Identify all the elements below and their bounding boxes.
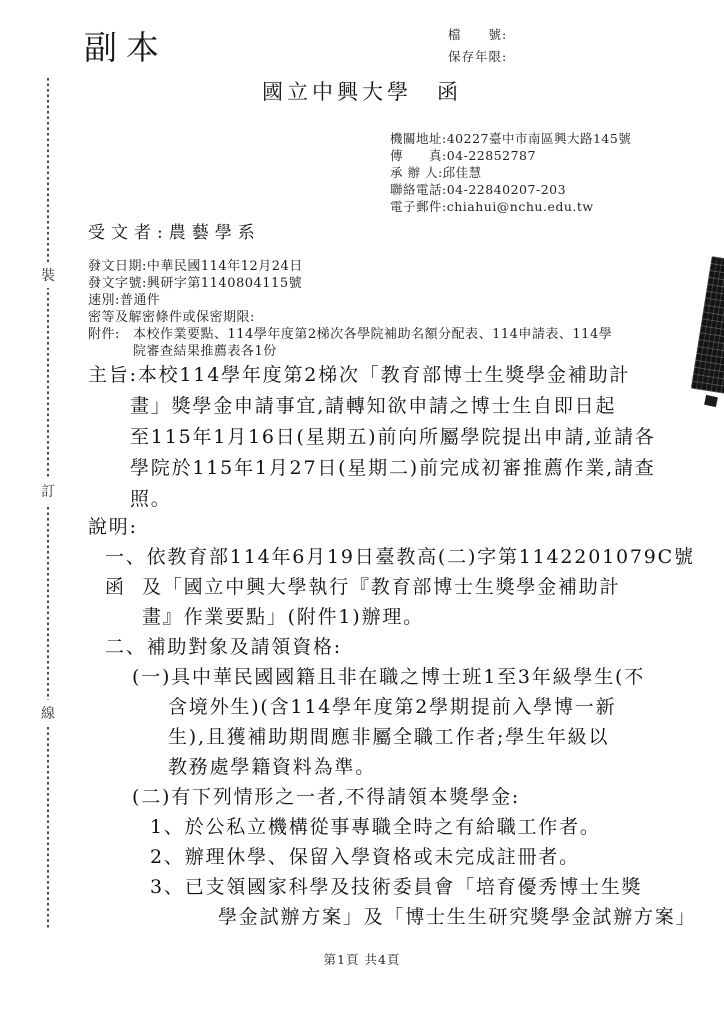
sender-handler-line: 承 辦 人:邱佳慧 [390, 164, 631, 181]
explanation-line: 教務處學籍資料為準。 [0, 752, 710, 782]
retention-period-label: 保存年限: [448, 46, 507, 68]
file-header: 檔 號: 保存年限: [448, 24, 507, 68]
attachment-text-line: 院審查結果推薦表各1份 [133, 343, 612, 360]
security-line: 密等及解密條件或保密期限: [88, 309, 612, 326]
explanation-label: 說明: [0, 512, 710, 542]
subject-line: 學院於115年1月27日(星期二)前完成初審推薦作業,請查 [0, 453, 700, 484]
explanation-section: 說明: 一、依教育部114年6月19日臺教高(二)字第1142201079C號函… [0, 512, 710, 932]
subject-section: 主旨:本校114學年度第2梯次「教育部博士生獎學金補助計 畫」獎學金申請事宜,請… [0, 360, 700, 515]
issue-date-line: 發文日期:中華民國114年12月24日 [88, 258, 612, 275]
official-document-page: 副本 檔 號: 保存年限: 國立中興大學 函 機關地址:40227臺中市南區興大… [0, 0, 724, 1024]
attachment-text-line: 本校作業要點、114學年度第2梯次各學院補助名額分配表、114申請表、114學 [133, 326, 612, 343]
explanation-line: 學金試辦方案」及「博士生生研究獎學金試辦方案」 [0, 902, 710, 932]
seal-stamp-fragment [704, 395, 718, 407]
page-number-footer: 第1頁 共4頁 [0, 950, 724, 968]
subject-text: 本校114學年度第2梯次「教育部博士生獎學金補助計 [138, 364, 630, 386]
sender-phone-line: 聯絡電話:04-22840207-203 [390, 181, 631, 198]
subject-label: 主旨: [88, 364, 138, 386]
subject-line: 主旨:本校114學年度第2梯次「教育部博士生獎學金補助計 [0, 360, 700, 391]
subject-line: 至115年1月16日(星期五)前向所屬學院提出申請,並請各 [0, 422, 700, 453]
copy-label: 副本 [84, 22, 168, 69]
explanation-line: 含境外生)(含114學年度第2學期提前入學博一新 [0, 692, 710, 722]
explanation-line: 3、已支領國家科學及技術委員會「培育優秀博士生獎 [0, 872, 710, 902]
explanation-line: 2、辦理休學、保留入學資格或未完成註冊者。 [0, 842, 710, 872]
sender-contact-block: 機關地址:40227臺中市南區興大路145號 傳 真:04-22852787 承… [390, 130, 631, 215]
explanation-line: 生),且獲補助期間應非屬全職工作者;學生年級以 [0, 722, 710, 752]
explanation-line: 二、補助對象及請領資格: [0, 632, 710, 662]
recipient-line: 受文者:農藝學系 [88, 218, 261, 243]
explanation-line: (一)具中華民國國籍且非在職之博士班1至3年級學生(不 [0, 662, 710, 692]
explanation-line: 1、於公私立機構從事專職全時之有給職工作者。 [0, 812, 710, 842]
explanation-line: 一、依教育部114年6月19日臺教高(二)字第1142201079C號函 [0, 542, 710, 572]
speed-line: 速別:普通件 [88, 292, 612, 309]
sender-address-line: 機關地址:40227臺中市南區興大路145號 [390, 130, 631, 147]
sender-fax-line: 傳 真:04-22852787 [390, 147, 631, 164]
attachment-line: 附件: 本校作業要點、114學年度第2梯次各學院補助名額分配表、114申請表、1… [88, 326, 612, 360]
sender-email-line: 電子郵件:chiahui@nchu.edu.tw [390, 198, 631, 215]
metadata-block: 發文日期:中華民國114年12月24日 發文字號:興研字第1140804115號… [88, 258, 612, 360]
binding-char-zhuang: 裝 [39, 262, 57, 288]
attachment-text: 本校作業要點、114學年度第2梯次各學院補助名額分配表、114申請表、114學 … [133, 326, 612, 360]
subject-line: 畫」獎學金申請事宜,請轉知欲申請之博士生自即日起 [0, 391, 700, 422]
seal-stamp [691, 256, 724, 396]
explanation-line: 畫』作業要點」(附件1)辦理。 [0, 602, 710, 632]
attachment-label: 附件: [88, 326, 133, 343]
binding-char-ding: 訂 [39, 478, 57, 504]
doc-number-line: 發文字號:興研字第1140804115號 [88, 275, 612, 292]
subject-line: 照。 [0, 484, 700, 515]
document-title: 國立中興大學 函 [0, 76, 724, 106]
file-number-label: 檔 號: [448, 24, 507, 46]
binding-char-xian: 線 [39, 700, 57, 726]
binding-dotted-line [47, 78, 49, 930]
explanation-line: (二)有下列情形之一者,不得請領本獎學金: [0, 782, 710, 812]
